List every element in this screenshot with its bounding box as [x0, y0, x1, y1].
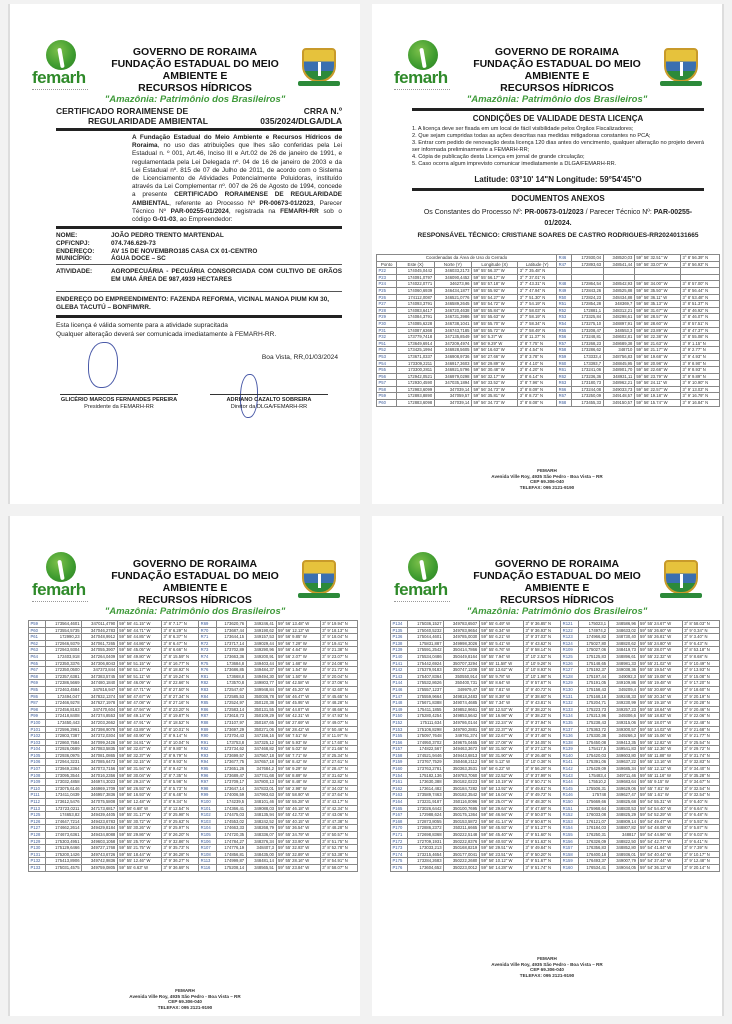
femarh-logo: femarh — [32, 552, 94, 608]
geo-coord: 59° 55' 19.54" W — [638, 667, 682, 674]
geo-coord: 3° 9' 37.03" N — [523, 634, 560, 641]
geo-coord: 59° 56' 5.37" W — [472, 334, 518, 341]
geo-coord: 3° 9' 37.99" N — [523, 772, 560, 779]
utm-coord: 172456,8163 — [46, 706, 82, 713]
point-id: R155 — [561, 832, 579, 839]
utm-coord: 175204,71 — [578, 700, 608, 707]
utm-coord: 346969,1709 — [82, 785, 118, 792]
utm-coord: 172524,97 — [216, 700, 246, 707]
utm-coord: 348298,61 — [603, 314, 634, 321]
point-id: R57 — [557, 340, 572, 347]
geo-coord: 59° 56' 27.69" W — [276, 719, 320, 726]
geo-coord: 59° 56' 1.54" W — [276, 667, 320, 674]
geo-coord: 59° 56' 34.81" W — [117, 739, 161, 746]
point-id: P171 — [391, 832, 408, 839]
geo-coord: 59° 55' 6.21" W — [479, 634, 523, 641]
geo-coord: 3° 8' 53.18" N — [682, 647, 719, 654]
geo-coord: 3° 9' 4.93" N — [681, 353, 720, 360]
point-id: R150 — [561, 799, 579, 806]
point-id: P168 — [391, 818, 408, 825]
geo-coord: 59° 55' 25.70" W — [117, 838, 161, 845]
utm-coord: 172418,8408 — [46, 713, 82, 720]
point-id: P130 — [29, 845, 46, 852]
point-id: R132 — [561, 700, 579, 707]
geo-coord: 3° 8' 6.37" N — [161, 634, 198, 641]
point-id: P85 — [29, 686, 46, 693]
utm-coord: 173215,4654 — [408, 851, 444, 858]
geo-coord: 59° 54' 54.40" W — [638, 805, 682, 812]
utm-coord: 175238,43 — [578, 719, 608, 726]
point-id: P127 — [29, 825, 46, 832]
geo-coord: 59° 55' 13.16" W — [638, 759, 682, 766]
utm-coord: 348825,29 — [608, 812, 638, 819]
utm-coord: 172585,53 — [216, 693, 246, 700]
geo-coord: 59° 55' 24.80" W — [638, 640, 682, 647]
utm-coord: 349786,0144 — [444, 719, 480, 726]
geo-coord: 3° 8' 46.92" N — [681, 307, 720, 314]
geo-coord: 59° 54' 36.13" W — [638, 864, 682, 871]
geo-coord: 59° 55' 19.18" W — [638, 700, 682, 707]
table-row: P113173723,0211347173,681759° 56' 6.68" … — [29, 805, 358, 812]
point-id: R66 — [557, 386, 572, 393]
geo-coord: 3° 9' 38.23" N — [523, 713, 560, 720]
geo-coord: 3° 9' 34.67" N — [682, 779, 719, 786]
point-id: R156 — [561, 838, 579, 845]
geo-coord: 59° 55' 55.70" W — [472, 320, 518, 327]
utm-coord: 173244,08 — [572, 386, 603, 393]
utm-coord: 175442,6924 — [408, 660, 444, 667]
table-row: P108173095,3544347016,235659° 56' 30.04"… — [29, 772, 358, 779]
point-id: P26 — [377, 294, 397, 301]
utm-coord: 349109,86 — [608, 680, 638, 687]
utm-coord: 347011,4790 — [82, 621, 118, 628]
table-row: P68172357,6381347383,574559° 56' 51.11" … — [29, 673, 358, 680]
utm-coord: 172824,23 — [572, 294, 603, 301]
utm-coord: 176493,37 — [578, 858, 608, 865]
point-id: P53 — [377, 353, 397, 360]
geo-coord: 59° 56' 22.68" W — [634, 367, 680, 374]
point-id: R67 — [557, 393, 572, 400]
geo-coord: 59° 55' 5.41" W — [479, 640, 523, 647]
point-id: P156 — [391, 739, 408, 746]
geo-coord: 3° 8' 9.93" N — [161, 759, 198, 766]
utm-coord: 173671,0337 — [397, 353, 434, 360]
utm-coord: 172463,4584 — [46, 686, 82, 693]
point-id: P64 — [29, 653, 46, 660]
point-id: P110 — [29, 785, 46, 792]
utm-coord: 350222,5148 — [444, 832, 480, 839]
utm-coord: 172988,624 — [408, 812, 444, 819]
point-id: P128 — [29, 832, 46, 839]
utm-coord: 173717,14 — [216, 640, 246, 647]
utm-coord: 348435,00 — [246, 851, 276, 858]
utm-coord: 175748 — [578, 792, 608, 799]
utm-coord: 349257,23 — [608, 706, 638, 713]
point-id: P100 — [29, 719, 46, 726]
utm-coord: 172583,14 — [216, 706, 246, 713]
geo-coord: 59° 55' 12.82" W — [638, 739, 682, 746]
geo-coord: 3° 8' 58.03" N — [682, 621, 719, 628]
utm-coord: 173699,57 — [216, 752, 246, 759]
geo-coord: 59° 56' 16.63" W — [472, 347, 518, 354]
table-row: P130175129,6466349727,176859° 55' 21.75"… — [29, 845, 358, 852]
utm-coord: 174776,19 — [216, 845, 246, 852]
geo-coord: 59° 55' 11.88" W — [638, 752, 682, 759]
geo-coord: 3° 9' 8.68" N — [682, 653, 719, 660]
utm-coord: 349853,5642 — [444, 713, 480, 720]
table-row: P134175036,1527349783,650759° 55' 6.49" … — [391, 621, 720, 628]
geo-coord: 3° 9' 18.04" N — [320, 634, 357, 641]
table-row: P160173763,2781350363,353159° 56' 6.22" … — [391, 766, 720, 773]
utm-coord: 348756,83 — [603, 353, 634, 360]
page-header: femarh GOVERNO DE RORAIMA FUNDAÇÃO ESTAD… — [10, 40, 360, 100]
utm-coord: 347046,2783 — [82, 627, 118, 634]
utm-coord: 348820,62 — [608, 640, 638, 647]
table-row: P153175106,8298349780,288159° 55' 22.37"… — [391, 726, 720, 733]
geo-coord: 59° 56' 34.73" W — [472, 400, 518, 407]
utm-coord: 350550,914 — [444, 673, 480, 680]
point-id: P101 — [29, 726, 46, 733]
geo-coord: 3° 9' 10.17" N — [682, 851, 719, 858]
geo-coord: 59° 56' 19.18" W — [634, 393, 680, 400]
utm-coord: 175027,06 — [578, 647, 608, 654]
geo-coord: 3° 9' 13.03" N — [681, 386, 720, 393]
utm-coord: 173647,14 — [216, 785, 246, 792]
condition-item: 1. A licença deve ser fixada em um local… — [412, 126, 704, 133]
table-row: P168172873,8055350153,587259° 56' 41.14"… — [391, 818, 720, 825]
utm-coord: 173248,81 — [572, 334, 603, 341]
geo-coord: 59° 55' 34.79" W — [276, 832, 320, 839]
utm-coord: 172386,5669 — [46, 680, 82, 687]
geo-coord: 59° 56' 13.48" W — [276, 621, 320, 628]
page-footer: FEMARHAvenida Ville Roy, 4935 São Pedro … — [10, 988, 360, 1010]
table-row: P29174084,3791346731,398659° 55' 55.63" … — [377, 314, 720, 321]
geo-coord: 59° 55' 57.18" W — [472, 281, 518, 288]
utm-coord: 347075,5808 — [82, 799, 118, 806]
geo-coord: 59° 55' 24.67" W — [638, 621, 682, 628]
utm-coord: 350131,55 — [246, 706, 276, 713]
utm-coord: 348553,3 — [603, 327, 634, 334]
point-id: R126 — [561, 660, 579, 667]
table-row: P85172463,4584347816,94759° 56' 47.71" W… — [29, 686, 358, 693]
point-id: P105 — [29, 752, 46, 759]
utm-coord: 348817 — [608, 832, 638, 839]
point-id: R59 — [557, 353, 572, 360]
utm-coord: 349157,53 — [246, 634, 276, 641]
utm-coord: 348962,21 — [603, 380, 634, 387]
utm-coord: 173723,0211 — [46, 805, 82, 812]
utm-coord: 173668,8 — [216, 673, 246, 680]
utm-coord: 346743,7185 — [434, 327, 471, 334]
table-row: P148175671,8388349074,468559° 55' 7.34" … — [391, 700, 720, 707]
utm-coord: 348981,33 — [608, 660, 638, 667]
point-id: R104 — [199, 825, 217, 832]
point-id: P154 — [391, 772, 408, 779]
utm-coord: 173411,0439 — [46, 792, 82, 799]
utm-coord: 349683,64 — [608, 779, 638, 786]
geo-coord: 59° 55' 16.98" W — [479, 713, 523, 720]
geo-coord: 3° 8' 15.59" N — [161, 653, 198, 660]
conditions-title: CONDIÇÕES DE VALIDADE DESTA LICENÇA — [412, 114, 704, 123]
geo-coord: 3° 9' 25.97" N — [161, 825, 198, 832]
point-id: R60 — [557, 360, 572, 367]
utm-coord: 175223,73 — [578, 706, 608, 713]
table-row: P150175280,4254349853,564259° 55' 16.98"… — [391, 713, 720, 720]
utm-coord: 349403,44 — [246, 660, 276, 667]
geo-coord: 3° 9' 20.28" N — [682, 700, 719, 707]
geo-coord: 3° 9' 38.60" N — [523, 693, 560, 700]
table-row: P106172944,3231347085,647359° 56' 32.15"… — [29, 759, 358, 766]
utm-coord: 172936,0975 — [46, 752, 82, 759]
geo-coord: 3° 8' 37.64" N — [320, 792, 357, 799]
geo-coord: 59° 55' 22.52" W — [479, 772, 523, 779]
table-row: P53173671,0337346908,973659° 56' 27.66" … — [377, 353, 720, 360]
utm-coord: 349200,91 — [246, 653, 276, 660]
utm-coord: 174239,5 — [216, 799, 246, 806]
point-id: R52 — [557, 307, 572, 314]
coat-of-arms-icon — [298, 42, 340, 86]
geo-coord: 59° 56' 31.94" W — [117, 766, 161, 773]
geo-coord: 59° 56' 19.68" W — [634, 353, 680, 360]
point-id: R96 — [199, 772, 217, 779]
utm-coord: 348419,73 — [608, 647, 638, 654]
geo-coord: 3° 8' 27.50" N — [161, 686, 198, 693]
geo-coord: 3° 8' 6.47" N — [161, 640, 198, 647]
geo-coord: 3° 9' 57.67" N — [523, 680, 560, 687]
utm-coord: 175559,9664 — [408, 693, 444, 700]
geo-coord: 59° 55' 28.07" W — [638, 647, 682, 654]
utm-coord: 349266,3 — [608, 733, 638, 740]
geo-coord: 59° 56' 47.91" W — [117, 719, 161, 726]
geo-coord: 3° 9' 7.39" N — [682, 845, 719, 852]
certificate-title-1: CERTIFICADO RORAIMENSE DE — [56, 106, 208, 116]
utm-coord: 176326,09 — [578, 838, 608, 845]
signature-scrawl-icon — [88, 342, 118, 388]
utm-coord: 346917,3603 — [434, 360, 471, 367]
table-row: P147175559,9664349818,248359° 55' 8.39" … — [391, 693, 720, 700]
geo-coord: 3° 8' 58.07" N — [320, 864, 357, 871]
geo-coord: 3° 8' 51.37" N — [681, 301, 720, 308]
geo-coord: 59° 56' 1.68" W — [276, 660, 320, 667]
geo-coord: 59° 56' 35.81" W — [472, 393, 518, 400]
utm-coord: 349150,57 — [603, 400, 634, 407]
geo-coord: 59° 55' 7.34" W — [479, 700, 523, 707]
utm-coord: 350109,29 — [246, 713, 276, 720]
geo-coord: 59° 56' 21.17" W — [634, 347, 680, 354]
geo-coord: 59° 56' 4.64" W — [276, 647, 320, 654]
point-id: P87 — [29, 700, 46, 707]
geo-coord: 3° 10' 0.36" N — [523, 759, 560, 766]
geo-coord: 3° 9' 32.83" N — [682, 759, 719, 766]
geo-coord: 59° 56' 21.63" W — [634, 340, 680, 347]
utm-coord: 349443,6813 — [444, 752, 480, 759]
point-id: R83 — [199, 686, 217, 693]
geo-coord: 3° 9' 51.60" N — [523, 832, 560, 839]
utm-coord: 350747,1208 — [444, 667, 480, 674]
utm-coord: 173734,62 — [216, 746, 246, 753]
point-id: R74 — [199, 653, 217, 660]
point-id: R50 — [557, 294, 572, 301]
geo-coord: 59° 56' 47.94" W — [117, 706, 161, 713]
utm-coord: 347035,1894 — [434, 380, 471, 387]
geo-coord: 59° 55' 54.27" W — [472, 294, 518, 301]
table-row: P154175182,136349783,706059° 55' 22.52" … — [391, 772, 720, 779]
geo-coord: 3° 8' 53.48" N — [681, 294, 720, 301]
utm-coord: 347156,16 — [246, 733, 276, 740]
utm-coord: 349852,9661 — [444, 706, 480, 713]
point-id: P139 — [391, 647, 408, 654]
geo-coord: 3° 9' 34.40" N — [682, 766, 719, 773]
utm-coord: 175191,05 — [578, 680, 608, 687]
point-id: R107 — [199, 845, 217, 852]
point-id: R151 — [561, 805, 579, 812]
utm-coord: 175200,1426 — [46, 851, 82, 858]
utm-coord: 347073,7156 — [82, 766, 118, 773]
geo-coord: 3° 8' 17.60" N — [320, 739, 357, 746]
table-row: P139175591,2542350414,786659° 55' 6.76" … — [391, 647, 720, 654]
point-id: P141 — [391, 660, 408, 667]
page-footer: FEMARHAvenida Ville Roy, 4935 São Pedro … — [372, 956, 722, 978]
field-row-cpf: CPF/CNPJ:074.746.629-73 — [56, 240, 342, 248]
geo-coord: 59° 56' 7.29" W — [276, 640, 320, 647]
table-row: P131175200,1426349743,672659° 55' 18.44"… — [29, 851, 358, 858]
geo-coord: 3° 9' 18.13" N — [320, 627, 357, 634]
utm-coord: 348312,21 — [603, 307, 634, 314]
point-id: P136 — [391, 634, 408, 641]
geo-coord: 59° 55' 13.62" W — [479, 667, 523, 674]
geo-coord: 59° 56' 20.98" W — [634, 360, 680, 367]
utm-coord: 350116,0096 — [444, 799, 480, 806]
table-row: P109173032,4858346974,302359° 56' 29.24"… — [29, 779, 358, 786]
point-id: P58 — [377, 386, 397, 393]
utm-coord: 174022,0771 — [397, 281, 434, 288]
table-row: P164173231,9187350116,009659° 56' 25.07"… — [391, 799, 720, 806]
geo-coord: 3° 9' 6.40" N — [682, 799, 719, 806]
utm-coord: 175125,83 — [578, 653, 608, 660]
geo-coord: 59° 55' 26.60" W — [638, 627, 682, 634]
point-id: R94 — [199, 759, 217, 766]
utm-coord: 175044,4601 — [408, 634, 444, 641]
geo-coord: 3° 9' 36.85" N — [523, 621, 560, 628]
utm-coord: 347203,2662 — [82, 719, 118, 726]
geo-coord: 3° 9' 51.63" N — [523, 838, 560, 845]
utm-coord: 173704,43 — [216, 733, 246, 740]
point-id: R121 — [561, 621, 579, 628]
point-id: R154 — [561, 825, 579, 832]
utm-coord: 347833,01 — [246, 785, 276, 792]
geo-coord: 59° 55' 11.58" W — [479, 660, 523, 667]
point-id: R48 — [557, 281, 572, 288]
point-id — [557, 268, 572, 275]
document-page-coordinates-1: femarh GOVERNO DE RORAIMA FUNDAÇÃO ESTAD… — [8, 516, 360, 1016]
utm-coord: 348336,07 — [246, 832, 276, 839]
point-id: R116 — [199, 864, 217, 871]
table-row: P23174091,0797346090,445259° 55' 56.17" … — [377, 274, 720, 281]
geo-coord: 59° 56' 42.31" W — [276, 713, 320, 720]
geo-coord: 3° 9' 48.30" N — [523, 799, 560, 806]
geo-coord: 3° 9' 6.43" N — [682, 640, 719, 647]
geo-coord: 3° 9' 16.79" N — [681, 393, 720, 400]
point-id: P59 — [29, 621, 46, 628]
geo-coord: 59° 56' 1.50" W — [276, 673, 320, 680]
point-id: P153 — [391, 726, 408, 733]
table-row: P162173614,482350184,728259° 56' 13.92" … — [391, 785, 720, 792]
utm-coord: 346974,3023 — [82, 779, 118, 786]
point-id: R113 — [199, 858, 217, 865]
table-row: P161173630,388350182,022359° 56' 10.19" … — [391, 779, 720, 786]
condition-item: 3. Entrar com pedido de renovação desta … — [412, 140, 704, 154]
geo-coord: 59° 55' 55.63" W — [472, 314, 518, 321]
geo-coord: 3° 9' 25.63" N — [161, 818, 198, 825]
utm-coord: 349463,3672 — [444, 746, 480, 753]
utm-coord: 349092,3 — [608, 673, 638, 680]
utm-coord: 174084,3791 — [397, 314, 434, 321]
utm-coord: 350211,6665 — [444, 825, 480, 832]
geo-coord: 3° 9' 6.64" N — [682, 805, 719, 812]
table-row: P22174045,0442346033,217359° 55' 56.37" … — [377, 268, 720, 275]
utm-coord: 175040,5232 — [408, 627, 444, 634]
geo-coord: 3° 8' 21.66" N — [320, 746, 357, 753]
point-id: P138 — [391, 640, 408, 647]
point-id: P134 — [391, 621, 408, 628]
geo-coord: 3° 8' 16.77" N — [161, 660, 198, 667]
utm-coord: 176184,03 — [578, 825, 608, 832]
utm-coord: 348525,88 — [603, 287, 634, 294]
geo-coord: 59° 56' 47.71" W — [117, 686, 161, 693]
table-row: P101172596,2961347398,907859° 56' 43.89"… — [29, 726, 358, 733]
utm-coord: 349783,9654 — [444, 627, 480, 634]
geo-coord: 59° 55' 27.08" W — [479, 739, 523, 746]
geo-coord: 3° 8' 47.37" N — [681, 327, 720, 334]
geo-coord: 59° 55' 28.16" W — [276, 858, 320, 865]
geo-coord: 3° 7' 47.94" N — [518, 287, 557, 294]
utm-coord: 173612,5476 — [46, 799, 82, 806]
geo-coord: 59° 56' 14.28" W — [479, 864, 523, 871]
utm-coord: 173236,36 — [572, 373, 603, 380]
table-row: P60173554,5735347046,278359° 56' 44.71" … — [29, 627, 358, 634]
geo-coord: 3° 9' 49.84" N — [523, 845, 560, 852]
geo-coord: 3° 9' 50.46" N — [320, 726, 357, 733]
geo-coord: 3° 8' 18.92" N — [161, 667, 198, 674]
table-row: P143175407,8364350550,91459° 55' 9.78" W… — [391, 673, 720, 680]
enterprise-address: ENDEREÇO DO EMPREENDIMENTO: FAZENDA REFO… — [56, 296, 342, 312]
geo-coord: 3° 9' 17.20" N — [682, 680, 719, 687]
utm-coord: 349088,03 — [246, 805, 276, 812]
geo-coord: 3° 8' 53.38" N — [320, 851, 357, 858]
geo-coord: 59° 56' 47.08" W — [117, 700, 161, 707]
geo-coord: 3° 8' 27.16" N — [161, 700, 198, 707]
geo-coord: 3° 9' 2.77" N — [681, 347, 720, 354]
utm-coord: 173275,10 — [572, 320, 603, 327]
geo-coord: 3° 9' 20.46" N — [682, 706, 719, 713]
table-row: P30174085,6228346738,104159° 55' 55.70" … — [377, 320, 720, 327]
utm-coord: 349190,62 — [246, 627, 276, 634]
geo-coord: 3° 8' 5.73" N — [161, 785, 198, 792]
geo-coord: 3° 8' 43.17" N — [320, 799, 357, 806]
utm-coord: 174112,0087 — [397, 294, 434, 301]
geo-coord: 3° 9' 18.60" N — [682, 686, 719, 693]
utm-coord: 350363,3531 — [444, 766, 480, 773]
geo-coord: 59° 56' 2.98" W — [276, 785, 320, 792]
table-row: P56172942,0521346979,029859° 56' 32.17" … — [377, 373, 720, 380]
point-id: R70 — [199, 627, 217, 634]
point-id: P62 — [29, 640, 46, 647]
point-id: P99 — [29, 713, 46, 720]
utm-coord: 172466,9278 — [46, 700, 82, 707]
utm-coord: 349439,4405 — [82, 812, 118, 819]
geo-coord: 59° 56' 44.86" W — [117, 640, 161, 647]
utm-coord: 347684,2 — [246, 766, 276, 773]
